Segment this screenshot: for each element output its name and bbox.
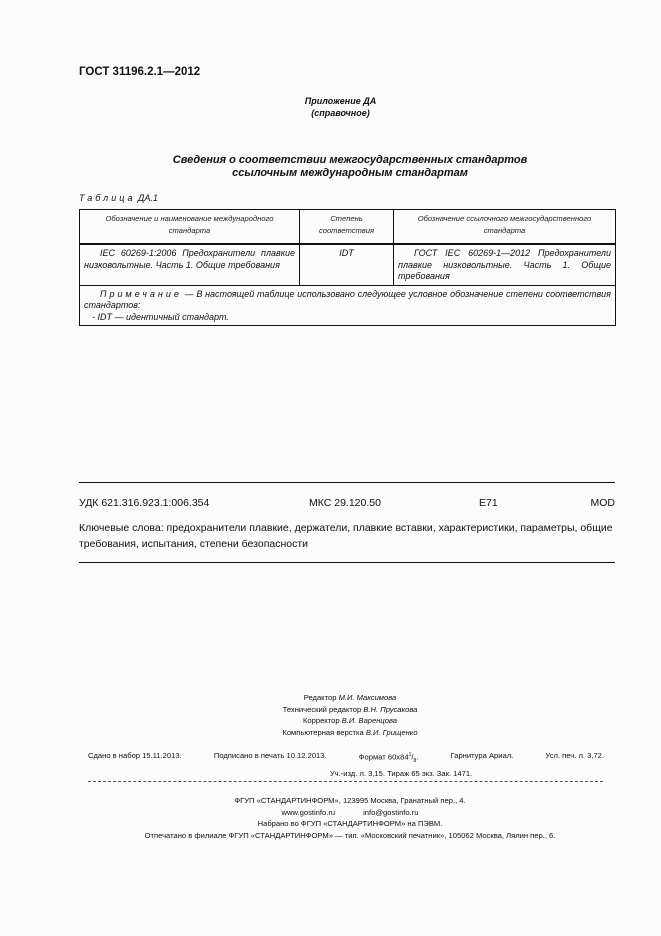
- paper-format: Формат 60х841/8.: [359, 750, 419, 768]
- document-id: ГОСТ 31196.2.1—2012: [79, 66, 200, 78]
- publisher-printed: Отпечатано в филиале ФГУП «СТАНДАРТИНФОР…: [0, 830, 661, 842]
- format-denominator: 8: [413, 758, 416, 764]
- print-sheets: Усл. печ. л. 3,72.: [545, 750, 604, 768]
- format-prefix: Формат 60х84: [359, 753, 409, 762]
- cell-degree: IDT: [300, 244, 394, 285]
- table-caption: Таблица ДА.1: [79, 193, 158, 203]
- publisher-email-link[interactable]: info@gostinfo.ru: [363, 808, 418, 817]
- table-caption-id: ДА.1: [138, 193, 158, 203]
- credits: Редактор М.И. Максимова Технический реда…: [0, 692, 661, 738]
- appendix-heading: Приложение ДА (справочное): [0, 95, 661, 119]
- header-interstate-standard: Обозначение ссылочного межгосударственно…: [394, 210, 616, 245]
- mks-code: МКС 29.120.50: [309, 497, 479, 509]
- publisher-typeset: Набрано во ФГУП «СТАНДАРТИНФОРМ» на ПЭВМ…: [0, 818, 661, 830]
- correspondence-table: Обозначение и наименование международног…: [79, 209, 616, 326]
- publisher-website-link[interactable]: www.gostinfo.ru: [281, 808, 335, 817]
- credit-role: Компьютерная верстка: [282, 728, 363, 737]
- signed-date: Подписано в печать 10.12.2013.: [214, 750, 327, 768]
- publication-line2: Уч.-изд. л. 3,15. Тираж 65 экз. Зак. 147…: [88, 768, 604, 780]
- publisher-contacts: www.gostinfo.ruinfo@gostinfo.ru: [0, 807, 661, 819]
- appendix-type: (справочное): [0, 107, 661, 119]
- cell-interstate-standard: ГОСТ IEC 60269-1—2012 Предохранители пла…: [394, 244, 616, 285]
- credit-name: В.Н. Прусакова: [363, 705, 417, 714]
- credit-role: Технический редактор: [283, 705, 362, 714]
- credit-proofreader: Корректор В.И. Варенцова: [0, 715, 661, 727]
- note-lead: Примечание: [100, 289, 182, 299]
- table-caption-word: Таблица: [79, 193, 136, 203]
- credit-layout: Компьютерная верстка В.И. Грищенко: [0, 727, 661, 739]
- publisher-info: ФГУП «СТАНДАРТИНФОРМ», 123995 Москва, Гр…: [0, 795, 661, 841]
- note-item: - IDT — идентичный стандарт.: [84, 312, 611, 324]
- publication-info: Сдано в набор 15.11.2013. Подписано в пе…: [88, 750, 604, 779]
- credit-tech-editor: Технический редактор В.Н. Прусакова: [0, 704, 661, 716]
- divider-top: [79, 482, 615, 483]
- section-title-line1: Сведения о соответствии межгосударственн…: [0, 154, 661, 167]
- appendix-title: Приложение ДА: [0, 95, 661, 107]
- mod-code: MOD: [579, 497, 615, 509]
- table-header-row: Обозначение и наименование международног…: [80, 210, 616, 245]
- divider-bottom: [79, 562, 615, 563]
- okp-code: Е71: [479, 497, 579, 509]
- credit-name: М.И. Максимова: [339, 693, 397, 702]
- section-title: Сведения о соответствии межгосударственн…: [0, 154, 661, 180]
- cell-international-standard: IEC 60269-1:2006 Предохранители плавкие …: [80, 244, 300, 285]
- typeface: Гарнитура Ариал.: [451, 750, 514, 768]
- format-numerator: 1: [409, 752, 412, 758]
- header-degree: Степень соответствия: [300, 210, 394, 245]
- dashed-separator: [88, 781, 603, 782]
- table-note: Примечание — В настоящей таблице использ…: [80, 285, 616, 326]
- udk-code: УДК 621.316.923.1:006.354: [79, 497, 309, 509]
- credit-role: Редактор: [304, 693, 337, 702]
- credit-name: В.И. Варенцова: [342, 716, 397, 725]
- header-international-standard: Обозначение и наименование международног…: [80, 210, 300, 245]
- submitted-date: Сдано в набор 15.11.2013.: [88, 750, 182, 768]
- credit-role: Корректор: [303, 716, 340, 725]
- table-row: IEC 60269-1:2006 Предохранители плавкие …: [80, 244, 616, 285]
- credit-editor: Редактор М.И. Максимова: [0, 692, 661, 704]
- table-note-row: Примечание — В настоящей таблице использ…: [80, 285, 616, 326]
- keywords: Ключевые слова: предохранители плавкие, …: [79, 520, 615, 552]
- publication-line1: Сдано в набор 15.11.2013. Подписано в пе…: [88, 750, 604, 768]
- publisher-address: ФГУП «СТАНДАРТИНФОРМ», 123995 Москва, Гр…: [0, 795, 661, 807]
- section-title-line2: ссылочным международным стандартам: [0, 167, 661, 180]
- credit-name: В.И. Грищенко: [366, 728, 418, 737]
- classification-row: УДК 621.316.923.1:006.354 МКС 29.120.50 …: [79, 497, 615, 509]
